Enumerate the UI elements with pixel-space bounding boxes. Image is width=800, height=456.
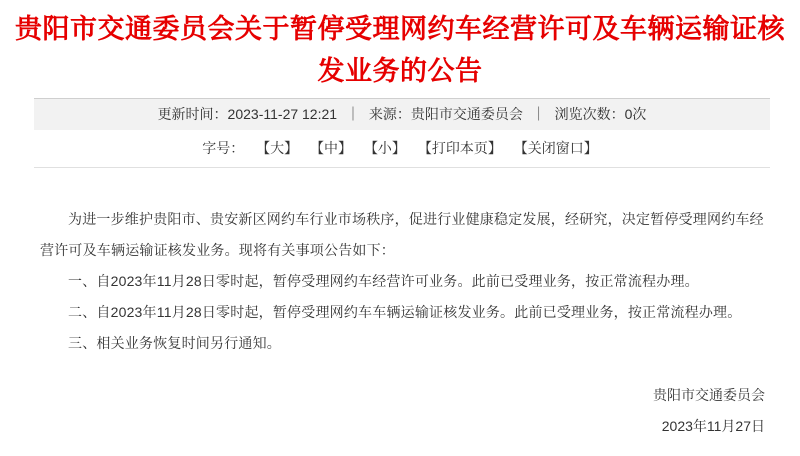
meta-bar: 更新时间：2023-11-27 12:21 ｜ 来源：贵阳市交通委员会 ｜ 浏览… <box>34 98 770 130</box>
view-count: 浏览次数：0次 <box>555 106 647 122</box>
announcement-page: 贵阳市交通委员会关于暂停受理网约车经营许可及车辆运输证核 发业务的公告 更新时间… <box>0 0 800 456</box>
update-time: 更新时间：2023-11-27 12:21 <box>158 106 338 122</box>
list-item-2: 二、自2023年11月28日零时起，暂停受理网约车车辆运输证核发业务。此前已受理… <box>40 297 765 328</box>
font-size-label: 字号： <box>202 140 244 156</box>
announcement-body: 为进一步维护贵阳市、贵安新区网约车行业市场秩序，促进行业健康稳定发展，经研究，决… <box>0 168 800 442</box>
page-title: 贵阳市交通委员会关于暂停受理网约车经营许可及车辆运输证核 发业务的公告 <box>0 0 800 92</box>
signature: 贵阳市交通委员会 <box>40 380 765 411</box>
font-size-toolbar: 字号： 【大】 【中】 【小】 【打印本页】 【关闭窗口】 <box>34 130 770 168</box>
source: 来源：贵阳市交通委员会 <box>369 106 523 122</box>
page-title-line-1: 贵阳市交通委员会关于暂停受理网约车经营许可及车辆运输证核 <box>0 8 800 50</box>
page-title-line-2: 发业务的公告 <box>0 50 800 92</box>
info-bars: 更新时间：2023-11-27 12:21 ｜ 来源：贵阳市交通委员会 ｜ 浏览… <box>34 98 770 168</box>
meta-separator: ｜ <box>346 106 360 122</box>
list-item-1: 一、自2023年11月28日零时起，暂停受理网约车经营许可业务。此前已受理业务，… <box>40 266 765 297</box>
font-size-large-button[interactable]: 【大】 <box>256 140 298 156</box>
meta-separator: ｜ <box>532 106 546 122</box>
font-size-small-button[interactable]: 【小】 <box>364 140 406 156</box>
font-size-medium-button[interactable]: 【中】 <box>310 140 352 156</box>
list-item-3: 三、相关业务恢复时间另行通知。 <box>40 328 765 359</box>
signature-date: 2023年11月27日 <box>40 411 765 442</box>
print-page-button[interactable]: 【打印本页】 <box>418 140 502 156</box>
close-window-button[interactable]: 【关闭窗口】 <box>514 140 598 156</box>
intro-paragraph: 为进一步维护贵阳市、贵安新区网约车行业市场秩序，促进行业健康稳定发展，经研究，决… <box>40 204 765 266</box>
